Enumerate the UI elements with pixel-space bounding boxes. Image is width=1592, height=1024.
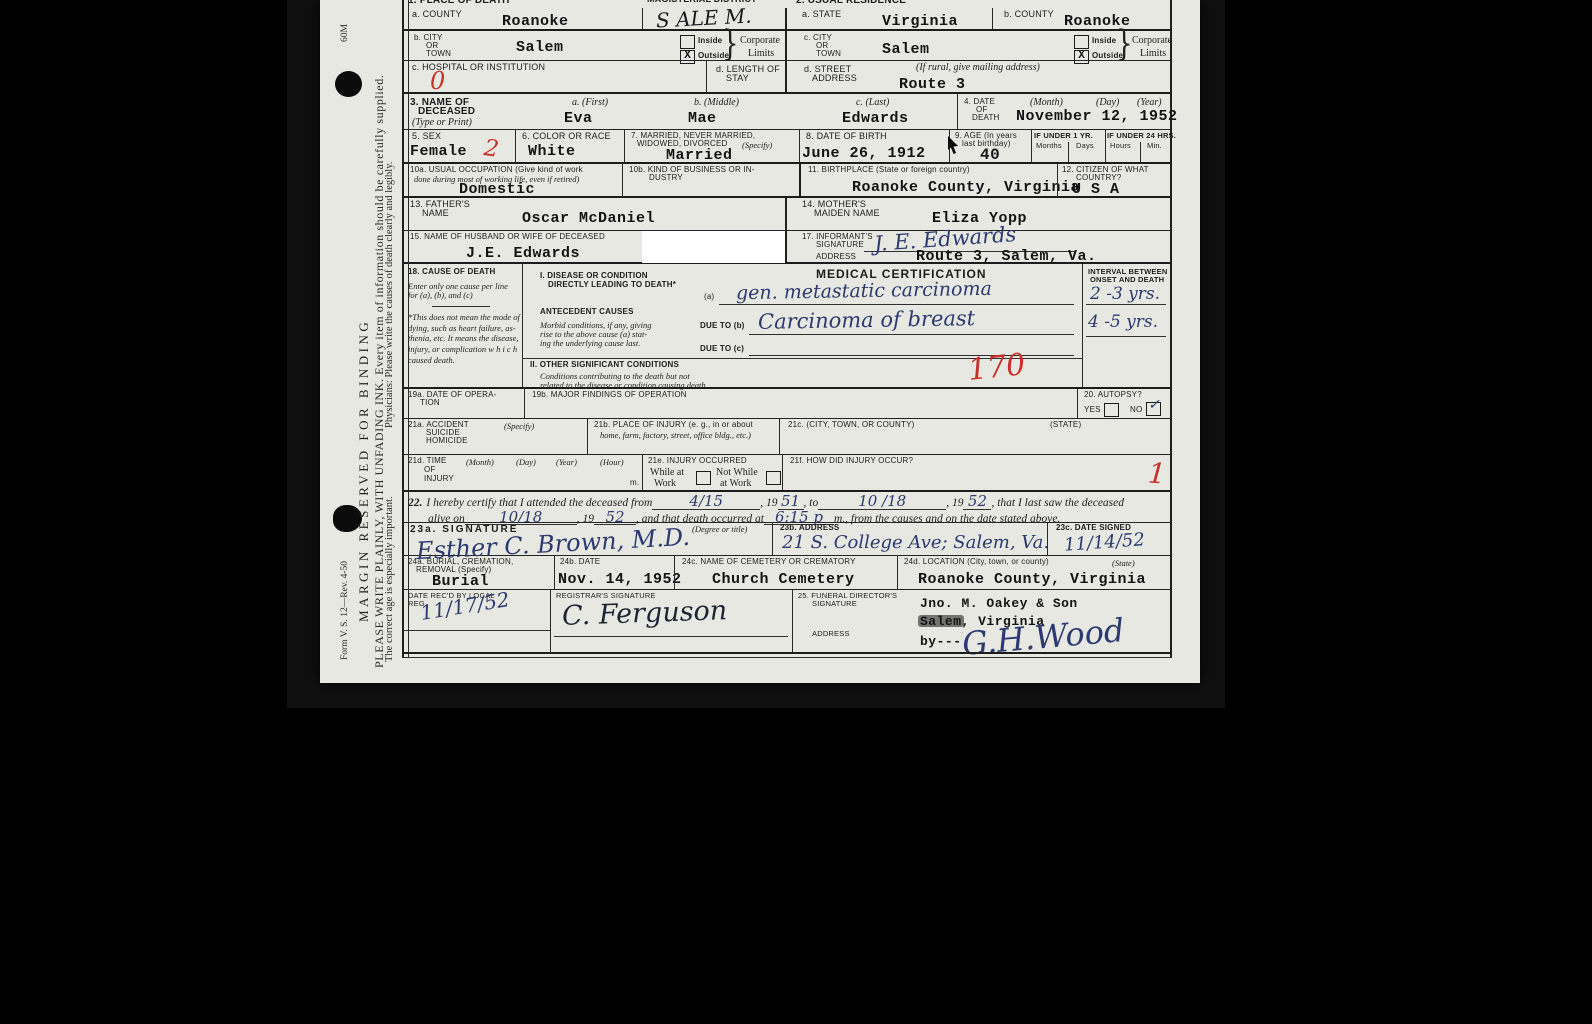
- injury-year-label: (Year): [556, 457, 577, 467]
- cause-c-line: [749, 355, 1074, 356]
- antecedent-label: ANTECEDENT CAUSES: [540, 308, 634, 317]
- mother-label-2: MAIDEN NAME: [814, 209, 880, 219]
- divider: [1068, 142, 1069, 162]
- center-divider: [785, 61, 787, 92]
- row-injury-place: 21a. ACCIDENT SUICIDE HOMICIDE (Specify)…: [404, 419, 1170, 455]
- autopsy-no-checkbox: ✓: [1146, 402, 1161, 416]
- death-month-label: (Month): [1030, 97, 1063, 108]
- marital-value: Married: [666, 147, 733, 164]
- divider: [522, 264, 523, 387]
- informant-label-2: SIGNATURE: [816, 241, 864, 250]
- interval-a-line: [1086, 304, 1166, 305]
- row-name: 3. NAME OF DECEASED (Type or Print) a. (…: [404, 94, 1170, 130]
- sex-annotation: 2: [482, 135, 500, 163]
- margin-print-code: 60M: [340, 24, 350, 42]
- interval-b-line: [1086, 336, 1166, 337]
- industry-label: 10b. KIND OF BUSINESS OR IN-: [629, 166, 755, 175]
- middle-label: b. (Middle): [694, 97, 739, 108]
- margin-correct-age-text: The correct age is especially important.: [384, 496, 395, 662]
- due-to-b-label: DUE TO (b): [700, 322, 745, 331]
- row-hospital: c. HOSPITAL OR INSTITUTION 0 d. LENGTH O…: [404, 61, 1170, 94]
- screenshot-root: 60M Form V. S. 12—Rev. 4-50 MARGIN RESER…: [0, 0, 1592, 1024]
- divider: [1047, 522, 1048, 555]
- brace: }: [1116, 24, 1133, 65]
- cause-a-value: gen. metastatic carcinoma: [736, 278, 992, 304]
- divider: [1140, 142, 1141, 162]
- row-registrar: DATE REC'D BY LOCAL REG. 11/17/52 REGIST…: [404, 590, 1170, 652]
- place-city-value: Salem: [516, 39, 564, 56]
- occupation-value: Domestic: [459, 181, 535, 198]
- physician-address-value: 21 S. College Ave; Salem, Va.: [782, 532, 1049, 553]
- row-city: b. CITY OR TOWN Salem Inside X Outside }…: [404, 31, 1170, 61]
- months-label: Months: [1036, 142, 1062, 150]
- injury-occurred-label: 21e. INJURY OCCURRED: [648, 457, 747, 466]
- burial-state-label: (State): [1112, 558, 1135, 568]
- divider: [1077, 389, 1078, 418]
- last-label: c. (Last): [856, 97, 889, 108]
- registrar-signature-value: C. Ferguson: [562, 595, 728, 632]
- brace: }: [722, 24, 739, 65]
- row-occupation: 10a. USUAL OCCUPATION (Give kind of work…: [404, 164, 1170, 198]
- degree-label: (Degree or title): [692, 524, 747, 534]
- residence-corporate-label: Corporate: [1132, 35, 1172, 46]
- death-year-label: (Year): [1137, 97, 1162, 108]
- center-divider: [785, 198, 787, 230]
- punch-hole-top: [335, 71, 362, 97]
- min-label: Min.: [1147, 142, 1162, 150]
- row-injury-time: 21d. TIME OF INJURY (Month) (Day) (Year)…: [404, 455, 1170, 492]
- middle-name-value: Mae: [688, 110, 717, 127]
- divider: [799, 130, 800, 162]
- ink-smudge: [918, 615, 964, 627]
- cause-a-label: (a): [704, 293, 714, 302]
- cause-a-line: [719, 304, 1074, 305]
- place-of-death-header: 1. PLACE OF DEATH: [408, 0, 510, 6]
- sex-value: Female: [410, 143, 467, 160]
- divider: [779, 419, 780, 454]
- injury-day-label: (Day): [516, 457, 536, 467]
- under-24hr-label: IF UNDER 24 HRS.: [1107, 132, 1176, 140]
- race-label: 6. COLOR OR RACE: [522, 132, 611, 142]
- margin-binding-text: MARGIN RESERVED FOR BINDING: [356, 319, 372, 622]
- divider: [897, 556, 898, 589]
- cause-b-line: [749, 334, 1074, 335]
- divider: [706, 61, 707, 92]
- death-date-value: November 12, 1952: [1016, 108, 1178, 125]
- bottom-rule-2: [402, 657, 1172, 658]
- how-injury-label: 21f. HOW DID INJURY OCCUR?: [790, 457, 913, 466]
- divider: [515, 130, 516, 162]
- interval-a-value: 2 -3 yrs.: [1090, 284, 1160, 304]
- attended-to-value: 10 /18: [818, 495, 946, 510]
- divider: [674, 556, 675, 589]
- divider: [782, 455, 783, 490]
- registrar-sig-line: [554, 636, 788, 637]
- interval-b-value: 4 -5 yrs.: [1088, 312, 1158, 332]
- center-divider: [785, 231, 787, 262]
- industry-label-2: DUSTRY: [649, 174, 683, 183]
- divider: [792, 590, 793, 652]
- burial-location-value: Roanoke County, Virginia: [918, 571, 1146, 588]
- spouse-value: J.E. Edwards: [466, 245, 580, 262]
- divider: [550, 590, 551, 652]
- funeral-director-label-2: SIGNATURE: [812, 600, 857, 608]
- hospital-value: 0: [430, 67, 445, 95]
- row-certify: 22. I hereby certify that I attended the…: [404, 492, 1170, 523]
- margin-form-code: Form V. S. 12—Rev. 4-50: [340, 561, 350, 660]
- funeral-address-label: ADDRESS: [812, 630, 850, 638]
- burial-date-value: Nov. 14, 1952: [558, 571, 682, 588]
- residence-state-label: a. STATE: [802, 10, 841, 20]
- autopsy-label: 20. AUTOPSY?: [1084, 391, 1142, 400]
- divider: [957, 94, 958, 129]
- registrar-line: [404, 630, 550, 631]
- divider: [1057, 164, 1058, 196]
- place-inside-label: Inside: [698, 37, 722, 46]
- autopsy-no-label: NO: [1130, 406, 1142, 415]
- place-limits-label: Limits: [748, 48, 774, 59]
- divider: [992, 8, 993, 29]
- time-of-injury-label-3: INJURY: [424, 475, 454, 484]
- funeral-home-name: Jno. M. Oakey & Son: [920, 596, 1078, 611]
- row-cause-of-death: 18. CAUSE OF DEATH Enter only one cause …: [404, 264, 1170, 389]
- injury-state-label: (STATE): [1050, 421, 1081, 430]
- citizen-value: U S A: [1072, 181, 1120, 198]
- father-value: Oscar McDaniel: [522, 210, 655, 227]
- informant-address-label: ADDRESS: [816, 253, 856, 262]
- street-label-2: ADDRESS: [812, 74, 857, 84]
- divider: [642, 455, 643, 490]
- center-divider: [785, 31, 787, 60]
- other-conditions-value: 170: [966, 347, 1027, 388]
- place-inside-checkbox: [680, 35, 695, 49]
- small-rule: [432, 306, 490, 307]
- certify-last-saw: , that I last saw the deceased: [991, 497, 1124, 509]
- injury-hour-label: (Hour): [600, 457, 624, 467]
- due-to-c-label: DUE TO (c): [700, 345, 744, 354]
- death-date-label-3: DEATH: [972, 114, 1000, 123]
- left-inner-rule: [408, 0, 409, 658]
- certify-19b: , 19: [946, 497, 963, 509]
- row-county: a. COUNTY Roanoke S ALE M. a. STATE Virg…: [404, 8, 1170, 31]
- spouse-label: 15. NAME OF HUSBAND OR WIFE OF DECEASED: [410, 233, 605, 242]
- cemetery-label: 24c. NAME OF CEMETERY OR CREMATORY: [682, 558, 856, 567]
- autopsy-no-mark: ✓: [1148, 397, 1160, 413]
- autopsy-yes-checkbox: [1104, 403, 1119, 417]
- to-year-value: 52: [963, 495, 991, 510]
- divider: [642, 8, 643, 29]
- place-county-value: Roanoke: [502, 13, 569, 30]
- hours-label: Hours: [1110, 142, 1131, 150]
- autopsy-yes-label: YES: [1084, 406, 1101, 415]
- cause-b-value: Carcinoma of breast: [758, 306, 976, 334]
- divider: [554, 556, 555, 589]
- place-of-injury-label-2: home, farm, factory, street, office bldg…: [600, 430, 751, 440]
- row-clipped-header: 1. PLACE OF DEATH MAGISTERIAL DISTRICT 2…: [404, 0, 1170, 8]
- morbid-note-3: ing the underlying cause last.: [540, 338, 640, 348]
- residence-city-value: Salem: [882, 41, 930, 58]
- divider: [624, 130, 625, 162]
- certificate-form: 1. PLACE OF DEATH MAGISTERIAL DISTRICT 2…: [402, 0, 1172, 658]
- name-label-3: (Type or Print): [412, 117, 472, 128]
- cause-footnote: *This does not mean the mode of dying, s…: [408, 312, 520, 365]
- not-while-at-work-checkbox: [766, 471, 781, 485]
- row-burial: 24a. BURIAL, CREMATION, REMOVAL (Specify…: [404, 556, 1170, 590]
- divider: [587, 419, 588, 454]
- age-value: 40: [980, 146, 1000, 164]
- divider: [524, 389, 525, 418]
- sex-label: 5. SEX: [412, 132, 441, 142]
- birthplace-value: Roanoke County, Virginia: [852, 179, 1080, 196]
- burial-value: Burial: [432, 573, 489, 590]
- residence-inside-label: Inside: [1092, 37, 1116, 46]
- burial-date-label: 24b. DATE: [560, 558, 600, 567]
- accident-label-3: HOMICIDE: [426, 437, 468, 446]
- marital-specify: (Specify): [742, 140, 772, 150]
- residence-inside-checkbox: [1074, 35, 1089, 49]
- race-value: White: [528, 143, 576, 160]
- interval-label-2: ONSET AND DEATH: [1090, 276, 1164, 284]
- margin-physicians-text: Physicians: Please write the causes of d…: [384, 162, 395, 428]
- bottom-rule: [402, 652, 1172, 654]
- not-while-label: Not While: [716, 467, 758, 478]
- injury-city-label: 21c. (CITY, TOWN, OR COUNTY): [788, 421, 915, 430]
- while-at-work-checkbox: [696, 471, 711, 485]
- divider: [772, 522, 773, 555]
- redaction-box: [642, 231, 785, 263]
- residence-city-label-3: TOWN: [816, 50, 841, 59]
- birth-date-label: 8. DATE OF BIRTH: [806, 132, 887, 142]
- street-value: Route 3: [899, 76, 966, 93]
- place-of-injury-label: 21b. PLACE OF INJURY (e. g., in or about: [594, 421, 753, 430]
- certificate-paper: 60M Form V. S. 12—Rev. 4-50 MARGIN RESER…: [320, 0, 1200, 683]
- first-name-value: Eva: [564, 110, 593, 127]
- center-divider: [799, 164, 801, 196]
- certify-number: 22.: [408, 497, 422, 509]
- row-spouse-informant: 15. NAME OF HUSBAND OR WIFE OF DECEASED …: [404, 231, 1170, 264]
- burial-location-label: 24d. LOCATION (City, town, or county): [904, 558, 1049, 567]
- birthplace-label: 11. BIRTHPLACE (State or foreign country…: [808, 166, 970, 175]
- injury-month-label: (Month): [466, 457, 494, 467]
- days-label: Days: [1076, 142, 1094, 150]
- mouse-cursor: [947, 136, 962, 157]
- row-parents: 13. FATHER'S NAME Oscar McDaniel 14. MOT…: [404, 198, 1170, 231]
- divider: [1082, 264, 1083, 387]
- funeral-by-label: by---: [920, 634, 962, 649]
- stay-label-2: STAY: [726, 74, 749, 84]
- informant-address-value: Route 3, Salem, Va.: [916, 248, 1097, 265]
- row-physician: 23a. SIGNATURE (Degree or title) Esther …: [404, 522, 1170, 556]
- operation-findings-label: 19b. MAJOR FINDINGS OF OPERATION: [532, 391, 687, 400]
- injury-m-label: m.: [630, 479, 639, 488]
- row-sex-age: 5. SEX Female 2 6. COLOR OR RACE White 7…: [404, 130, 1170, 164]
- father-label-2: NAME: [422, 209, 449, 219]
- injury-red-mark: 1: [1147, 456, 1167, 490]
- other-conditions-label: II. OTHER SIGNIFICANT CONDITIONS: [530, 361, 679, 370]
- at-work-label: at Work: [720, 478, 752, 489]
- operation-date-label-2: TION: [420, 399, 440, 408]
- accident-specify: (Specify): [504, 421, 534, 431]
- while-at-label: While at: [650, 467, 684, 478]
- under-1yr-label: IF UNDER 1 YR.: [1034, 132, 1093, 140]
- cemetery-value: Church Cemetery: [712, 571, 855, 588]
- divider: [1105, 130, 1106, 162]
- row-operation: 19a. DATE OF OPERA- TION 19b. MAJOR FIND…: [404, 389, 1170, 419]
- residence-state-value: Virginia: [882, 13, 958, 30]
- cause-note-2: for (a), (b), and (c): [408, 290, 473, 300]
- work-label: Work: [654, 478, 676, 489]
- place-city-label-3: TOWN: [426, 50, 451, 59]
- divider: [622, 164, 623, 196]
- street-note: (If rural, give mailing address): [916, 62, 1040, 73]
- center-divider: [785, 8, 787, 29]
- divider: [1031, 130, 1032, 162]
- place-county-label: a. COUNTY: [412, 10, 462, 20]
- date-signed-value: 11/14/52: [1063, 529, 1145, 556]
- attended-from-value: 4/15: [652, 495, 760, 510]
- cause-label: 18. CAUSE OF DEATH: [408, 268, 495, 277]
- name-label-2: DECEASED: [418, 106, 475, 117]
- residence-limits-label: Limits: [1140, 48, 1166, 59]
- death-day-label: (Day): [1096, 97, 1119, 108]
- residence-county-label: b. COUNTY: [1004, 10, 1054, 20]
- place-corporate-label: Corporate: [740, 35, 780, 46]
- disease-label-2: DIRECTLY LEADING TO DEATH*: [548, 281, 676, 290]
- usual-residence-header: 2. USUAL RESIDENCE: [796, 0, 906, 6]
- scanner-background: 60M Form V. S. 12—Rev. 4-50 MARGIN RESER…: [287, 0, 1225, 708]
- birth-date-value: June 26, 1912: [802, 145, 926, 162]
- last-name-value: Edwards: [842, 110, 909, 127]
- first-label: a. (First): [572, 97, 608, 108]
